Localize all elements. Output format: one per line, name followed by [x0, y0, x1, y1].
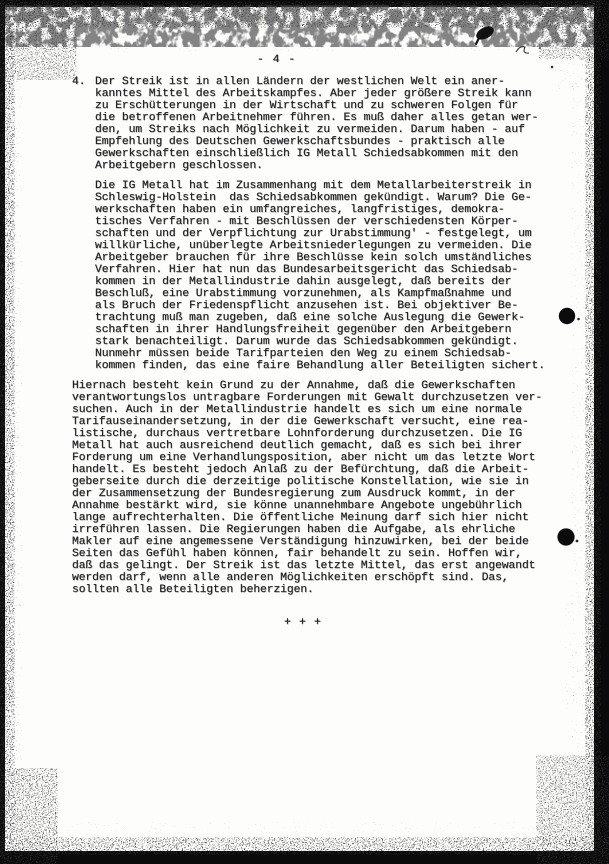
text-line: Annahme bestärkt wird, sie könne unanneh… — [72, 500, 582, 512]
text-line: Seiten das Gefühl haben können, fair beh… — [72, 548, 582, 560]
text-line: Der Streik ist in allen Ländern der west… — [95, 76, 582, 88]
text-line: Tarifauseinandersetzung, in der die Gewe… — [72, 416, 582, 428]
text-line: der Zusammensetzung der Bundesregierung … — [72, 488, 582, 500]
text-line: irreführen lassen. Die Regierungen haben… — [72, 524, 582, 536]
text-line: Makler auf eine angemessene Verständigun… — [72, 536, 582, 548]
text-line: suchen. Auch in der Metallindustrie hand… — [72, 404, 582, 416]
text-line: geberseite durch die derzeitige politisc… — [72, 476, 582, 488]
text-line: als Bruch der Friedenspflicht anzusehen … — [95, 300, 582, 312]
text-line: Empfehlung des Deutschen Gewerkschaftsbu… — [95, 136, 582, 148]
text-line: Gewerkschaften einschließlich IG Metall … — [95, 148, 582, 160]
text-line: Hiernach besteht kein Grund zu der Annah… — [72, 380, 582, 392]
text-line: die betroffenen Arbeitnehmer führen. Es … — [95, 112, 582, 124]
text-line: Schleswig-Holstein das Schiedsabkommen g… — [95, 192, 582, 204]
text-line: kommen in der Metallindustrie dahin ausg… — [95, 276, 582, 288]
text-line: Arbeitgebern geschlossen. — [95, 160, 582, 172]
text-line: lange aufrechterhalten. Die öffentliche … — [72, 512, 582, 524]
text-line: verantwortungslos untragbare Forderungen… — [72, 392, 582, 404]
text-line: Die IG Metall hat im Zusammenhang mit de… — [95, 180, 582, 192]
text-line: listische, durchaus vertretbare Lohnford… — [72, 428, 582, 440]
item-number-marker: 4. — [72, 76, 85, 88]
document-paragraphs: 4.Der Streik ist in allen Ländern der we… — [72, 76, 582, 604]
end-of-text-mark: + + + — [284, 616, 322, 629]
text-line: Beschluß, eine Urabstimmung vorzunehmen,… — [95, 288, 582, 300]
text-line: schaften und der Verpflichtung zur Urabs… — [95, 228, 582, 240]
text-line: handelt. Es besteht jedoch Anlaß zu der … — [72, 464, 582, 476]
text-line: Metall hat auch ausreichend deutlich gem… — [72, 440, 582, 452]
text-line: kanntes Mittel des Arbeitskampfes. Aber … — [95, 88, 582, 100]
text-line: tisches Verfahren - mit Beschlüssen der … — [95, 216, 582, 228]
page-number: - 4 - — [257, 54, 296, 66]
text-line: werkschaften haben ein umfangreiches, la… — [95, 204, 582, 216]
text-line: den, um Streiks nach Möglichkeit zu verm… — [95, 124, 582, 136]
text-line: Verfahren. Hier hat nun das Bundesarbeit… — [95, 264, 582, 276]
text-line: Nunmehr müssen beide Tarifparteien den W… — [95, 348, 582, 360]
paragraph: Hiernach besteht kein Grund zu der Annah… — [72, 380, 582, 596]
text-line: schaften in ihrer Handlungsfreiheit gege… — [95, 324, 582, 336]
text-line: Arbeitgeber brauchen für ihre Beschlüsse… — [95, 252, 582, 264]
document-text-layer: - 4 - 4.Der Streik ist in allen Ländern … — [0, 0, 609, 864]
text-line: daß das gelingt. Der Streik ist das letz… — [72, 560, 582, 572]
text-line: werden darf, wenn alle anderen Möglichke… — [72, 572, 582, 584]
paragraph: Die IG Metall hat im Zusammenhang mit de… — [95, 180, 582, 372]
scanned-page: - 4 - 4.Der Streik ist in allen Ländern … — [0, 0, 609, 864]
text-line: willkürliche, unüberlegte Arbeitsniederl… — [95, 240, 582, 252]
text-line: kommen finden, das eine faire Behandlung… — [95, 360, 582, 372]
text-line: trachtung muß man zugeben, daß eine solc… — [95, 312, 582, 324]
text-line: Forderung um eine Verhandlungsposition, … — [72, 452, 582, 464]
text-line: sollten alle Beteiligten beherzigen. — [72, 584, 582, 596]
text-line: stark benachteiligt. Darum wurde das Sch… — [95, 336, 582, 348]
text-line: zu Erschütterungen in der Wirtschaft und… — [95, 100, 582, 112]
paragraph: 4.Der Streik ist in allen Ländern der we… — [95, 76, 582, 172]
